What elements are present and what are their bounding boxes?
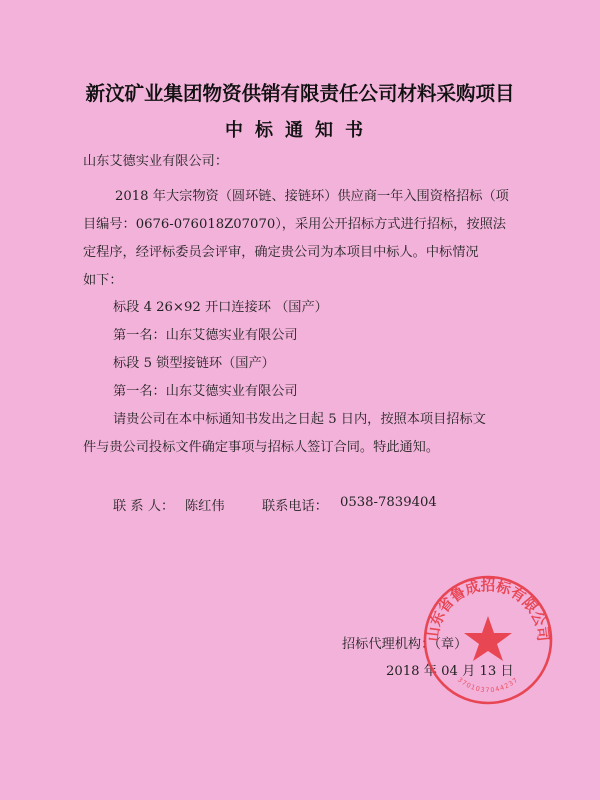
company-seal: 山东省鲁成招标有限公司 3701037044237 xyxy=(420,572,556,708)
notice-line-1: 请贵公司在本中标通知书发出之日起 5 日内，按照本项目招标文 xyxy=(113,408,486,427)
document-page: 新汶矿业集团物资供销有限责任公司材料采购项目 中标通知书 山东艾德实业有限公司：… xyxy=(0,0,600,800)
lot-4: 标段 4 26×92 开口连接环 （国产） xyxy=(113,296,328,315)
contact-phone: 0538-7839404 xyxy=(340,495,437,510)
contact-person-label: 联 系 人： xyxy=(113,495,174,514)
contact-person: 陈红伟 xyxy=(185,495,225,514)
body-line-3: 定程序，经评标委员会评审，确定贵公司为本项目中标人。中标情况 xyxy=(83,241,479,260)
notice-line-2: 件与贵公司投标文件确定事项与招标人签订合同。特此通知。 xyxy=(83,436,439,455)
star-icon xyxy=(464,616,512,661)
document-subtitle: 中标通知书 xyxy=(0,116,600,142)
lot-4-winner: 第一名：山东艾德实业有限公司 xyxy=(113,324,298,343)
document-title: 新汶矿业集团物资供销有限责任公司材料采购项目 xyxy=(0,78,600,106)
lot-5-winner: 第一名：山东艾德实业有限公司 xyxy=(113,380,298,399)
recipient: 山东艾德实业有限公司： xyxy=(83,150,228,169)
body-line-2: 目编号：0676-076018Z07070），采用公开招标方式进行招标，按照法 xyxy=(83,213,506,232)
lot-5: 标段 5 锁型接链环（国产） xyxy=(113,352,275,371)
body-line-1: 2018 年大宗物资（圆环链、接链环）供应商一年入围资格招标（项 xyxy=(115,185,509,204)
body-line-4: 如下： xyxy=(83,269,123,288)
svg-text:3701037044237: 3701037044237 xyxy=(456,676,520,694)
contact-phone-label: 联系电话： xyxy=(262,495,328,514)
